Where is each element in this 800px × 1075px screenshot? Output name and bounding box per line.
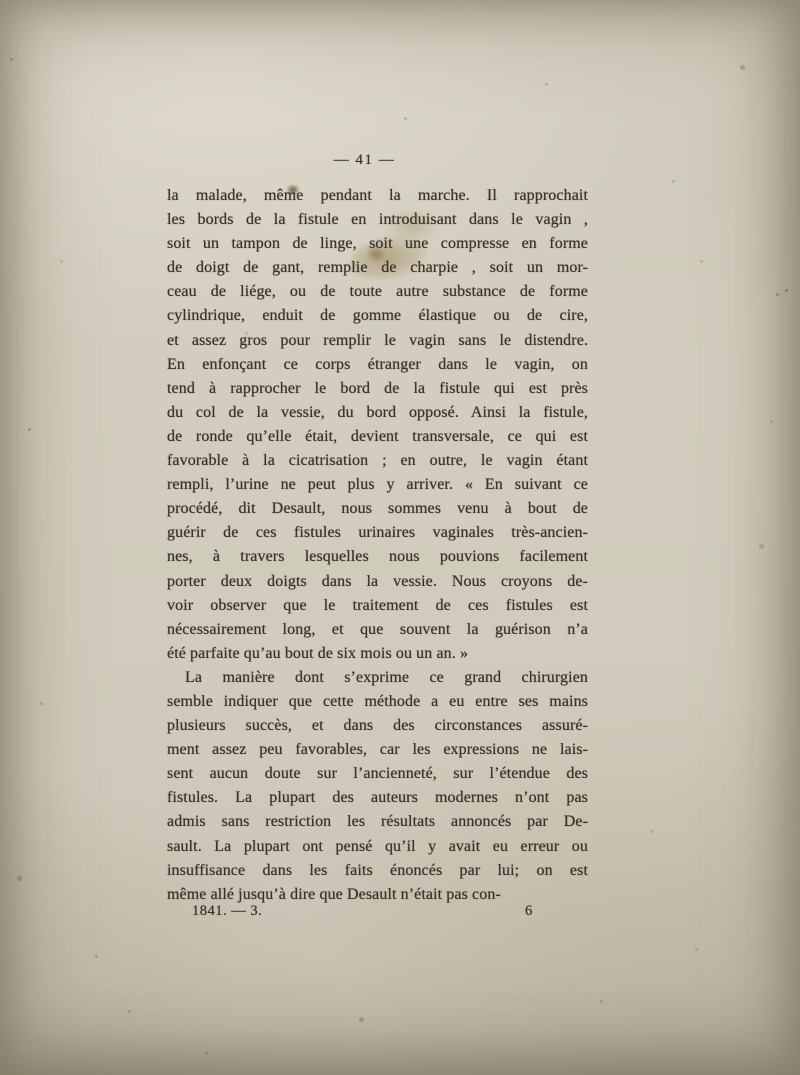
text-line: guérir de ces fistules urinaires vaginal… xyxy=(167,521,588,545)
text-line: de doigt de gant, remplie de charpie , s… xyxy=(167,256,588,280)
text-line: sault. La plupart ont pensé qu’il y avai… xyxy=(167,835,588,859)
text-line: du col de la vessie, du bord opposé. Ain… xyxy=(167,401,588,425)
text-line: rempli, l’urine ne peut plus y arriver. … xyxy=(167,473,588,497)
text-line paragraph-end: été parfaite qu’au bout de six mois ou u… xyxy=(167,642,588,666)
scanned-book-page: — 41 — la malade, même pendant la marche… xyxy=(0,0,800,1075)
text-line: insuffisance dans les faits énoncés par … xyxy=(167,859,588,883)
text-line: sent aucun doute sur l’ancienneté, sur l… xyxy=(167,762,588,786)
text-line: de ronde qu’elle était, devient transver… xyxy=(167,425,588,449)
text-line: fistules. La plupart des auteurs moderne… xyxy=(167,786,588,810)
text-line: favorable à la cicatrisation ; en outre,… xyxy=(167,449,588,473)
text-line: En enfonçant ce corps étranger dans le v… xyxy=(167,353,588,377)
text-line: plusieurs succès, et dans des circonstan… xyxy=(167,714,588,738)
text-line: cylindrique, enduit de gomme élastique o… xyxy=(167,304,588,328)
text-line: les bords de la fistule en introduisant … xyxy=(167,208,588,232)
text-line: procédé, dit Desault, nous sommes venu à… xyxy=(167,497,588,521)
volume-signature: 1841. — 3. xyxy=(192,903,262,920)
paper-specks xyxy=(0,0,3,3)
text-line: nes, à travers lesquelles nous pouvions … xyxy=(167,545,588,569)
text-line paragraph-start: La manière dont s’exprime ce grand chiru… xyxy=(167,666,588,690)
page-number-header: — 41 — xyxy=(154,152,575,169)
text-line: voir observer que le traitement de ces f… xyxy=(167,594,588,618)
text-line: nécessairement long, et que souvent la g… xyxy=(167,618,588,642)
text-line: semble indiquer que cette méthode a eu e… xyxy=(167,690,588,714)
text-line: et assez gros pour remplir le vagin sans… xyxy=(167,329,588,353)
page-footer: 1841. — 3. 6 xyxy=(167,903,588,927)
text-line: porter deux doigts dans la vessie. Nous … xyxy=(167,570,588,594)
text-line: admis sans restriction les résultats ann… xyxy=(167,810,588,834)
text-line: ment assez peu favorables, car les expre… xyxy=(167,738,588,762)
sheet-signature-number: 6 xyxy=(525,903,532,920)
body-text: la malade, même pendant la marche. Il ra… xyxy=(167,184,588,907)
text-line: la malade, même pendant la marche. Il ra… xyxy=(167,184,588,208)
text-line: ceau de liége, ou de toute autre substan… xyxy=(167,280,588,304)
text-line: soit un tampon de linge, soit une compre… xyxy=(167,232,588,256)
text-line: tend à rapprocher le bord de la fistule … xyxy=(167,377,588,401)
